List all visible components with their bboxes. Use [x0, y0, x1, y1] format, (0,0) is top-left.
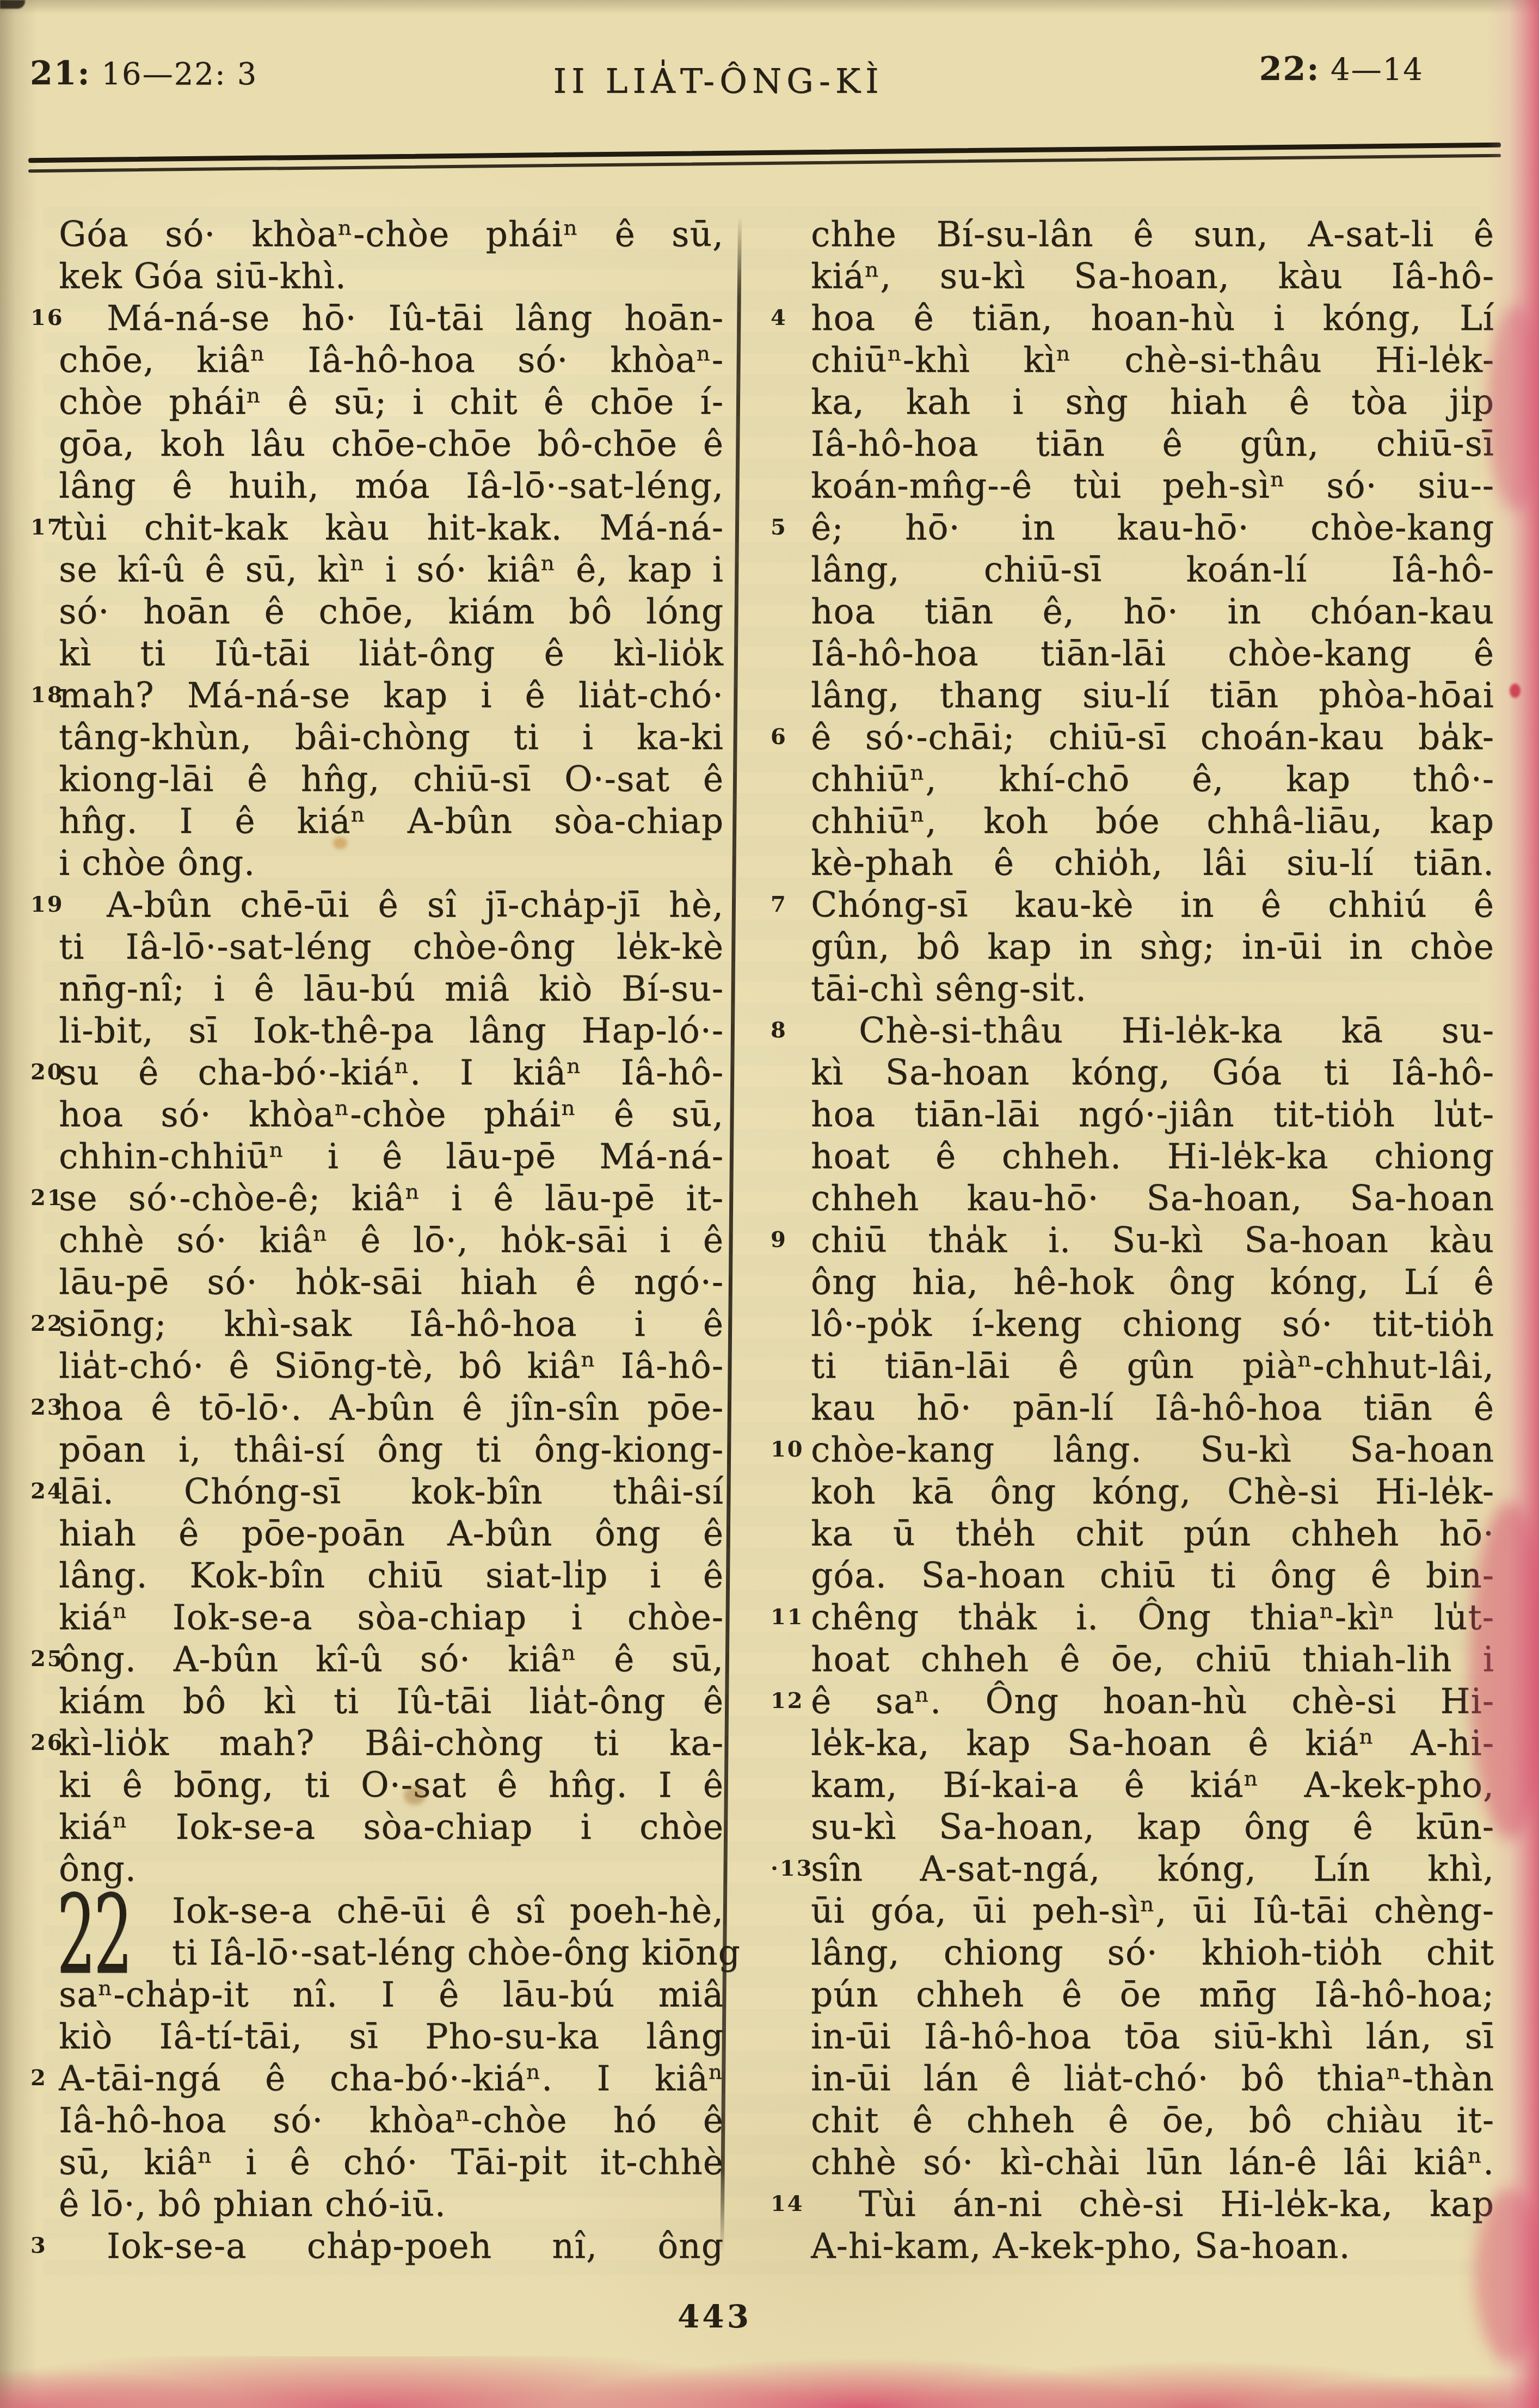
verse-text: i chòe ông.	[59, 843, 255, 883]
header-range-right: 4—14	[1320, 52, 1424, 88]
verse-text: kè-phah ê chio̍h, lâi siu-lí tiān.	[811, 843, 1494, 883]
verse-text: lāu-pē só· ho̍k-sāi hiah ê ngó·-	[59, 1262, 724, 1302]
verse-text: lô·-po̍k í-keng chiong só· tit-tio̍h	[811, 1304, 1494, 1344]
verse-number: 9	[771, 1221, 787, 1259]
verse-text: pōan i, thâi-sí ông ti ông-kiong-	[59, 1430, 724, 1470]
verse-line: lia̍t-chó· ê Siōng-tè, bô kiâⁿ Iâ-hô-	[59, 1345, 724, 1387]
verse-text: kiò Iâ-tí-tāi, sī Pho-su-ka lâng	[59, 2017, 724, 2056]
verse-text: kì-lio̍k mah? Bâi-chòng ti ka-	[59, 1723, 724, 1763]
binding-shadow	[0, 0, 38, 2408]
verse-text: Iâ-hô-hoa tiān ê gûn, chiū-sī	[811, 424, 1494, 464]
verse-text: só· hoān ê chōe, kiám bô lóng	[59, 592, 724, 631]
verse-line: 12ê saⁿ. Ông hoan-hù chè-si Hi-	[811, 1680, 1494, 1722]
verse-text: hoa só· khòaⁿ-chòe pháiⁿ ê sū,	[59, 1095, 724, 1134]
verse-text: Góa só· khòaⁿ-chòe pháiⁿ ê sū,	[59, 214, 724, 254]
verse-text: ê; hō· in kau-hō· chòe-kang	[811, 508, 1494, 548]
header-chapter-left: 21:	[30, 54, 91, 93]
verse-text: ki ê bōng, ti O·-sat ê hn̂g. I ê	[59, 1765, 724, 1805]
verse-text: chhiūⁿ, khí-chō ê, kap thô·-	[811, 759, 1494, 799]
verse-line: 14Tùi án-ni chè-si Hi-le̍k-ka, kap	[811, 2183, 1494, 2225]
verse-text: ông. A-bûn kî-û só· kiâⁿ ê sū,	[59, 1639, 724, 1679]
header-verse-range-left: 21: 16—22: 3	[30, 54, 257, 93]
verse-line: 23hoa ê tō-lō·. A-bûn ê jîn-sîn pōe-	[59, 1387, 724, 1429]
verse-number: 4	[771, 299, 787, 337]
verse-text: A-tāi-ngá ê cha-bó·-kiáⁿ. I kiâⁿ	[59, 2059, 724, 2098]
verse-line: kiáⁿ Iok-se-a sòa-chiap i chòe	[59, 1806, 724, 1848]
verse-line: chhin-chhiūⁿ i ê lāu-pē Má-ná-	[59, 1135, 724, 1177]
verse-text: kam, Bí-kai-a ê kiáⁿ A-kek-pho,	[811, 1765, 1494, 1805]
verse-number: ·13	[771, 1850, 814, 1888]
verse-text: Má-ná-se hō· Iû-tāi lâng hoān-	[107, 298, 724, 338]
verse-line: 16Má-ná-se hō· Iû-tāi lâng hoān-	[59, 297, 724, 339]
verse-line: lâng, thang siu-lí tiān phòa-hōai	[811, 674, 1494, 716]
verse-text: chòe pháiⁿ ê sū; i chit ê chōe í-	[59, 382, 724, 422]
top-edge-shadow	[0, 0, 1539, 14]
verse-text: Chóng-sī kau-kè in ê chhiú ê	[811, 885, 1494, 925]
verse-text: ūi góa, ūi peh-sìⁿ, ūi Iû-tāi chèng-	[811, 1891, 1494, 1931]
verse-line: pōan i, thâi-sí ông ti ông-kiong-	[59, 1429, 724, 1471]
verse-line: 22siōng; khì-sak Iâ-hô-hoa i ê	[59, 1303, 724, 1345]
verse-line: gûn, bô kap in sǹg; in-ūi in chòe	[811, 926, 1494, 968]
verse-text: Iâ-hô-hoa só· khòaⁿ-chòe hó ê	[59, 2100, 724, 2140]
verse-line: chhiūⁿ, koh bóe chhâ-liāu, kap	[811, 800, 1494, 842]
verse-text: se só·-chòe-ê; kiâⁿ i ê lāu-pē it-	[59, 1178, 724, 1218]
verse-text: ti tiān-lāi ê gûn piàⁿ-chhut-lâi,	[811, 1346, 1494, 1386]
verse-number: 11	[771, 1598, 804, 1636]
verse-text: chhe Bí-su-lân ê sun, A-sat-li ê	[811, 214, 1494, 254]
verse-text: kiong-lāi ê hn̂g, chiū-sī O·-sat ê	[59, 759, 724, 799]
verse-text: kì ti Iû-tāi lia̍t-ông ê kì-lio̍k	[59, 634, 724, 673]
header-chapter-right: 22:	[1259, 50, 1320, 88]
verse-line: ti tiān-lāi ê gûn piàⁿ-chhut-lâi,	[811, 1345, 1494, 1387]
verse-text: góa. Sa-hoan chiū ti ông ê bin-	[811, 1556, 1494, 1595]
verse-line: 25ông. A-bûn kî-û só· kiâⁿ ê sū,	[59, 1638, 724, 1680]
verse-text: ê saⁿ. Ông hoan-hù chè-si Hi-	[811, 1681, 1494, 1721]
verse-line: hoat chheh ê ōe, chiū thiah-lih i	[811, 1638, 1494, 1680]
verse-text: Iok-se-a cha̍p-poeh nî, ông	[107, 2226, 724, 2266]
verse-line: Iâ-hô-hoa tiān-lāi chòe-kang ê	[811, 632, 1494, 674]
verse-number: 12	[771, 1682, 804, 1720]
verse-text: ê só·-chāi; chiū-sī choán-kau ba̍k-	[811, 717, 1494, 757]
verse-line: kì Sa-hoan kóng, Góa ti Iâ-hô-	[811, 1052, 1494, 1094]
verse-line: 3Iok-se-a cha̍p-poeh nî, ông	[59, 2225, 724, 2267]
verse-text: Chè-si-thâu Hi-le̍k-ka kā su-	[859, 1011, 1494, 1051]
verse-text: kau hō· pān-lí Iâ-hô-hoa tiān ê	[811, 1388, 1494, 1428]
verse-text: koh kā ông kóng, Chè-si Hi-le̍k-	[811, 1472, 1494, 1512]
verse-line: 17tùi chit-kak kàu hit-kak. Má-ná-	[59, 507, 724, 549]
header-verse-range-right: 22: 4—14	[1259, 50, 1424, 88]
verse-line: 8Chè-si-thâu Hi-le̍k-ka kā su-	[811, 1010, 1494, 1052]
verse-text: mah? Má-ná-se kap i ê lia̍t-chó·	[59, 675, 724, 715]
verse-line: 22Iok-se-a chē-ūi ê sî poeh-hè,	[59, 1890, 724, 1932]
verse-line: A-hi-kam, A-kek-pho, Sa-hoan.	[811, 2225, 1494, 2267]
verse-text: siōng; khì-sak Iâ-hô-hoa i ê	[59, 1304, 724, 1344]
verse-line: lāu-pē só· ho̍k-sāi hiah ê ngó·-	[59, 1261, 724, 1303]
verse-line: sū, kiâⁿ i ê chó· Tāi-pi̍t it-chhè	[59, 2141, 724, 2183]
verse-text: gûn, bô kap in sǹg; in-ūi in chòe	[811, 927, 1494, 967]
verse-line: kè-phah ê chio̍h, lâi siu-lí tiān.	[811, 842, 1494, 884]
verse-line: lâng ê huih, móa Iâ-lō·-sat-léng,	[59, 465, 724, 507]
verse-text: chêng tha̍k i. Ông thiaⁿ-kìⁿ lu̍t-	[811, 1598, 1494, 1637]
verse-text: li-bit, sī Iok-thê-pa lâng Hap-ló·-	[59, 1011, 724, 1051]
verse-text: tâng-khùn, bâi-chòng ti i ka-ki	[59, 717, 724, 757]
verse-line: chòe pháiⁿ ê sū; i chit ê chōe í-	[59, 381, 724, 423]
verse-line: hn̂g. I ê kiáⁿ A-bûn sòa-chiap	[59, 800, 724, 842]
verse-text: chiūⁿ-khì kìⁿ chè-si-thâu Hi-le̍k-	[811, 340, 1494, 380]
verse-text: lāi. Chóng-sī kok-bîn thâi-sí	[59, 1472, 724, 1512]
verse-line: 4hoa ê tiān, hoan-hù i kóng, Lí	[811, 297, 1494, 339]
verse-line: kiáⁿ Iok-se-a sòa-chiap i chòe-	[59, 1596, 724, 1638]
verse-text: hoa tiān ê, hō· in chóan-kau	[811, 592, 1494, 631]
verse-line: 9chiū tha̍k i. Su-kì Sa-hoan kàu	[811, 1219, 1494, 1261]
verse-text: lâng. Kok-bîn chiū siat-li̍p i ê	[59, 1556, 724, 1595]
verse-line: kam, Bí-kai-a ê kiáⁿ A-kek-pho,	[811, 1764, 1494, 1806]
verse-text: koán-mn̂g--ê tùi peh-sìⁿ só· siu--	[811, 466, 1494, 506]
verse-line: chit ê chheh ê ōe, bô chiàu it-	[811, 2099, 1494, 2141]
verse-line: 10chòe-kang lâng. Su-kì Sa-hoan	[811, 1429, 1494, 1471]
verse-line: lâng, chiū-sī koán-lí Iâ-hô-	[811, 549, 1494, 591]
verse-line: saⁿ-cha̍p-it nî. I ê lāu-bú miâ	[59, 1974, 724, 2016]
verse-line: 2A-tāi-ngá ê cha-bó·-kiáⁿ. I kiâⁿ	[59, 2057, 724, 2099]
verse-text: chōe, kiâⁿ Iâ-hô-hoa só· khòaⁿ-	[59, 340, 724, 380]
verse-text: lâng, chiong só· khioh-tio̍h chit	[811, 1933, 1494, 1973]
verse-line: hoat ê chheh. Hi-le̍k-ka chiong	[811, 1135, 1494, 1177]
verse-line: lâng. Kok-bîn chiū siat-li̍p i ê	[59, 1555, 724, 1596]
foxing-spot	[333, 837, 347, 849]
verse-line: 21se só·-chòe-ê; kiâⁿ i ê lāu-pē it-	[59, 1177, 724, 1219]
verse-line: Iâ-hô-hoa só· khòaⁿ-chòe hó ê	[59, 2099, 724, 2141]
red-ink-speck	[1510, 684, 1520, 698]
verse-line: hoa só· khòaⁿ-chòe pháiⁿ ê sū,	[59, 1094, 724, 1135]
verse-text: kiáⁿ, su-kì Sa-hoan, kàu Iâ-hô-	[811, 256, 1494, 296]
verse-line: 11chêng tha̍k i. Ông thiaⁿ-kìⁿ lu̍t-	[811, 1596, 1494, 1638]
verse-text: in-ūi Iâ-hô-hoa tōa siū-khì lán, sī	[811, 2017, 1494, 2056]
verse-line: kek Góa siū-khì.	[59, 255, 724, 297]
verse-line: chhè só· kì-chài lūn lán-ê lâi kiâⁿ.	[811, 2141, 1494, 2183]
verse-text: le̍k-ka, kap Sa-hoan ê kiáⁿ A-hi-	[811, 1723, 1494, 1763]
verse-line: chheh kau-hō· Sa-hoan, Sa-hoan	[811, 1177, 1494, 1219]
verse-text: chhiūⁿ, koh bóe chhâ-liāu, kap	[811, 801, 1494, 841]
verse-text: ti Iâ-lō·-sat-léng chòe-ông kiōng	[172, 1933, 741, 1973]
verse-text: kì Sa-hoan kóng, Góa ti Iâ-hô-	[811, 1053, 1494, 1092]
verse-text: hn̂g. I ê kiáⁿ A-bûn sòa-chiap	[59, 801, 724, 841]
verse-text: ka, kah i sǹg hiah ê tòa ji̍p	[811, 382, 1494, 422]
verse-text: chhè só· kì-chài lūn lán-ê lâi kiâⁿ.	[811, 2142, 1494, 2182]
verse-line: chhè só· kiâⁿ ê lō·, ho̍k-sāi i ê	[59, 1219, 724, 1261]
verse-text: ti Iâ-lō·-sat-léng chòe-ông le̍k-kè	[59, 927, 724, 967]
verse-text: Iâ-hô-hoa tiān-lāi chòe-kang ê	[811, 634, 1494, 673]
page-title: II LIA̍T-ÔNG-KÌ	[553, 61, 884, 101]
verse-number: 7	[771, 886, 787, 924]
verse-line: koán-mn̂g--ê tùi peh-sìⁿ só· siu--	[811, 465, 1494, 507]
verse-line: in-ūi Iâ-hô-hoa tōa siū-khì lán, sī	[811, 2016, 1494, 2057]
verse-number: 5	[771, 508, 787, 546]
verse-line: ông hia, hê-hok ông kóng, Lí ê	[811, 1261, 1494, 1303]
verse-line: i chòe ông.	[59, 842, 724, 884]
verse-line: kiò Iâ-tí-tāi, sī Pho-su-ka lâng	[59, 2016, 724, 2057]
verse-text: lâng, chiū-sī koán-lí Iâ-hô-	[811, 550, 1494, 589]
verse-line: ê lō·, bô phian chó-iū.	[59, 2183, 724, 2225]
verse-text: chòe-kang lâng. Su-kì Sa-hoan	[811, 1430, 1494, 1470]
verse-text: in-ūi lán ê lia̍t-chó· bô thiaⁿ-thàn	[811, 2059, 1494, 2098]
verse-text: kiám bô kì ti Iû-tāi lia̍t-ông ê	[59, 1681, 724, 1721]
verse-line: kiong-lāi ê hn̂g, chiū-sī O·-sat ê	[59, 758, 724, 800]
verse-line: chhe Bí-su-lân ê sun, A-sat-li ê	[811, 213, 1494, 255]
verse-line: 6ê só·-chāi; chiū-sī choán-kau ba̍k-	[811, 716, 1494, 758]
verse-line: tâng-khùn, bâi-chòng ti i ka-ki	[59, 716, 724, 758]
verse-line: lâng, chiong só· khioh-tio̍h chit	[811, 1932, 1494, 1974]
verse-line: le̍k-ka, kap Sa-hoan ê kiáⁿ A-hi-	[811, 1722, 1494, 1764]
verse-text: kek Góa siū-khì.	[59, 256, 347, 296]
verse-line: koh kā ông kóng, Chè-si Hi-le̍k-	[811, 1471, 1494, 1513]
verse-line: ki ê bōng, ti O·-sat ê hn̂g. I ê	[59, 1764, 724, 1806]
verse-text: hiah ê pōe-poān A-bûn ông ê	[59, 1514, 724, 1553]
verse-line: chiūⁿ-khì kìⁿ chè-si-thâu Hi-le̍k-	[811, 339, 1494, 381]
verse-number: 10	[771, 1430, 804, 1469]
verse-text: su-kì Sa-hoan, kap ông ê kūn-	[811, 1807, 1494, 1847]
verse-line: pún chheh ê ōe mn̄g Iâ-hô-hoa;	[811, 1974, 1494, 2016]
verse-line: ti Iâ-lō·-sat-léng chòe-ông kiōng	[59, 1932, 724, 1974]
verse-line: hiah ê pōe-poān A-bûn ông ê	[59, 1513, 724, 1555]
verse-text: sîn A-sat-ngá, kóng, Lín khì,	[811, 1849, 1494, 1889]
verse-line: Góa só· khòaⁿ-chòe pháiⁿ ê sū,	[59, 213, 724, 255]
verse-text: Iok-se-a chē-ūi ê sî poeh-hè,	[172, 1891, 724, 1931]
verse-text: A-hi-kam, A-kek-pho, Sa-hoan.	[811, 2226, 1350, 2266]
verse-line: chōe, kiâⁿ Iâ-hô-hoa só· khòaⁿ-	[59, 339, 724, 381]
pink-stain-bottom-edge	[0, 2356, 1539, 2408]
verse-line: ·13sîn A-sat-ngá, kóng, Lín khì,	[811, 1848, 1494, 1890]
verse-text: hoa ê tō-lō·. A-bûn ê jîn-sîn pōe-	[59, 1388, 724, 1428]
verse-line: ka, kah i sǹg hiah ê tòa ji̍p	[811, 381, 1494, 423]
verse-line: hoa tiān ê, hō· in chóan-kau	[811, 591, 1494, 632]
verse-line: in-ūi lán ê lia̍t-chó· bô thiaⁿ-thàn	[811, 2057, 1494, 2099]
verse-line: 26kì-lio̍k mah? Bâi-chòng ti ka-	[59, 1722, 724, 1764]
verse-text: pún chheh ê ōe mn̄g Iâ-hô-hoa;	[811, 1975, 1494, 2014]
verse-line: kiám bô kì ti Iû-tāi lia̍t-ông ê	[59, 1680, 724, 1722]
verse-text: chheh kau-hō· Sa-hoan, Sa-hoan	[811, 1178, 1494, 1218]
scanned-book-page: 21: 16—22: 3 II LIA̍T-ÔNG-KÌ 22: 4—14 Gó…	[0, 0, 1539, 2408]
verse-text: gōa, koh lâu chōe-chōe bô-chōe ê	[59, 424, 724, 464]
verse-line: kau hō· pān-lí Iâ-hô-hoa tiān ê	[811, 1387, 1494, 1429]
verse-number: 14	[771, 2185, 804, 2223]
verse-line: li-bit, sī Iok-thê-pa lâng Hap-ló·-	[59, 1010, 724, 1052]
verse-line: Iâ-hô-hoa tiān ê gûn, chiū-sī	[811, 423, 1494, 465]
verse-line: 7Chóng-sī kau-kè in ê chhiú ê	[811, 884, 1494, 926]
verse-text: hoat ê chheh. Hi-le̍k-ka chiong	[811, 1137, 1494, 1176]
verse-text: se kî-û ê sū, kìⁿ i só· kiâⁿ ê, kap i	[59, 550, 724, 589]
verse-text: ê lō·, bô phian chó-iū.	[59, 2184, 446, 2224]
verse-line: nn̄g-nî; i ê lāu-bú miâ kiò Bí-su-	[59, 968, 724, 1010]
verse-text: lia̍t-chó· ê Siōng-tè, bô kiâⁿ Iâ-hô-	[59, 1346, 724, 1386]
verse-line: 19A-bûn chē-ūi ê sî jī-cha̍p-jī hè,	[59, 884, 724, 926]
verse-line: tāi-chì sêng-si̍t.	[811, 968, 1494, 1010]
verse-text: hoa tiān-lāi ngó·-jiân tit-tio̍h lu̍t-	[811, 1095, 1494, 1134]
verse-text: hoa ê tiān, hoan-hù i kóng, Lí	[811, 298, 1494, 338]
verse-line: 20su ê cha-bó·-kiáⁿ. I kiâⁿ Iâ-hô-	[59, 1052, 724, 1094]
verse-line: 18mah? Má-ná-se kap i ê lia̍t-chó·	[59, 674, 724, 716]
verse-line: su-kì Sa-hoan, kap ông ê kūn-	[811, 1806, 1494, 1848]
verse-text: chit ê chheh ê ōe, bô chiàu it-	[811, 2100, 1494, 2140]
verse-number: 8	[771, 1011, 787, 1049]
verse-line: hoa tiān-lāi ngó·-jiân tit-tio̍h lu̍t-	[811, 1094, 1494, 1135]
verse-number: 6	[771, 718, 787, 756]
verse-text: saⁿ-cha̍p-it nî. I ê lāu-bú miâ	[59, 1975, 724, 2014]
verse-text: lâng, thang siu-lí tiān phòa-hōai	[811, 675, 1494, 715]
verse-line: gōa, koh lâu chōe-chōe bô-chōe ê	[59, 423, 724, 465]
verse-line: 5ê; hō· in kau-hō· chòe-kang	[811, 507, 1494, 549]
header-range-left: 16—22: 3	[91, 57, 258, 92]
verse-text: hoat chheh ê ōe, chiū thiah-lih i	[811, 1639, 1494, 1679]
verse-text: A-bûn chē-ūi ê sî jī-cha̍p-jī hè,	[107, 885, 724, 925]
verse-line: chhiūⁿ, khí-chō ê, kap thô·-	[811, 758, 1494, 800]
verse-text: su ê cha-bó·-kiáⁿ. I kiâⁿ Iâ-hô-	[59, 1053, 724, 1092]
verse-text: chhin-chhiūⁿ i ê lāu-pē Má-ná-	[59, 1137, 724, 1176]
verse-text: kiáⁿ Iok-se-a sòa-chiap i chòe-	[59, 1598, 724, 1637]
verse-line: ūi góa, ūi peh-sìⁿ, ūi Iû-tāi chèng-	[811, 1890, 1494, 1932]
verse-line: góa. Sa-hoan chiū ti ông ê bin-	[811, 1555, 1494, 1596]
verse-line: lô·-po̍k í-keng chiong só· tit-tio̍h	[811, 1303, 1494, 1345]
verse-line: ka ū the̍h chit pún chheh hō·	[811, 1513, 1494, 1555]
verse-text: sū, kiâⁿ i ê chó· Tāi-pi̍t it-chhè	[59, 2142, 724, 2182]
verse-text: ka ū the̍h chit pún chheh hō·	[811, 1514, 1494, 1553]
text-column-right: chhe Bí-su-lân ê sun, A-sat-li êkiáⁿ, su…	[811, 213, 1494, 2267]
verse-line: se kî-û ê sū, kìⁿ i só· kiâⁿ ê, kap i	[59, 549, 724, 591]
verse-line: só· hoān ê chōe, kiám bô lóng	[59, 591, 724, 632]
verse-text: ông hia, hê-hok ông kóng, Lí ê	[811, 1262, 1494, 1302]
scan-corner-mark	[0, 0, 25, 9]
verse-text: tāi-chì sêng-si̍t.	[811, 969, 1087, 1009]
verse-line: ti Iâ-lō·-sat-léng chòe-ông le̍k-kè	[59, 926, 724, 968]
foxing-spot	[404, 1786, 426, 1805]
verse-line: kì ti Iû-tāi lia̍t-ông ê kì-lio̍k	[59, 632, 724, 674]
text-column-left: Góa só· khòaⁿ-chòe pháiⁿ ê sū,kek Góa si…	[59, 213, 724, 2267]
verse-text: chhè só· kiâⁿ ê lō·, ho̍k-sāi i ê	[59, 1220, 724, 1260]
verse-text: kiáⁿ Iok-se-a sòa-chiap i chòe	[59, 1807, 724, 1847]
verse-text: tùi chit-kak kàu hit-kak. Má-ná-	[59, 508, 724, 548]
page-number: 443	[678, 2298, 752, 2335]
pink-stain-blob	[1475, 2188, 1539, 2362]
verse-text: lâng ê huih, móa Iâ-lō·-sat-léng,	[59, 466, 724, 506]
verse-line: ông.	[59, 1848, 724, 1890]
verse-line: 24lāi. Chóng-sī kok-bîn thâi-sí	[59, 1471, 724, 1513]
verse-line: kiáⁿ, su-kì Sa-hoan, kàu Iâ-hô-	[811, 255, 1494, 297]
verse-text: nn̄g-nî; i ê lāu-bú miâ kiò Bí-su-	[59, 969, 724, 1009]
verse-text: Tùi án-ni chè-si Hi-le̍k-ka, kap	[859, 2184, 1494, 2224]
header-rule-top	[28, 143, 1501, 163]
verse-text: chiū tha̍k i. Su-kì Sa-hoan kàu	[811, 1220, 1494, 1260]
